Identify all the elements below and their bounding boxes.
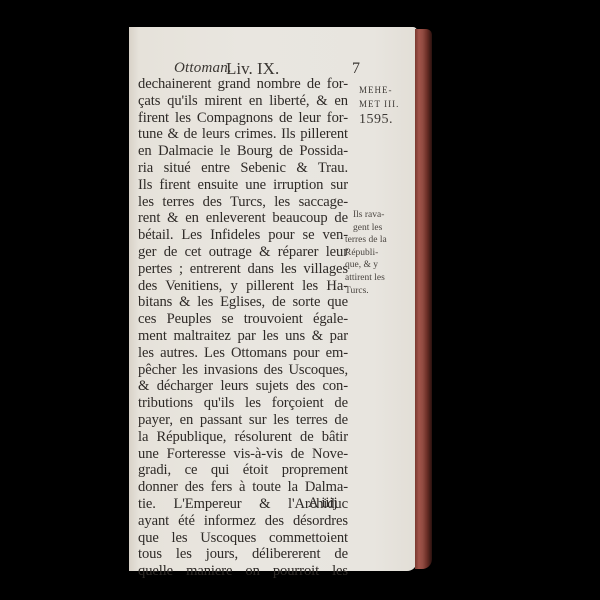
- note-line: que, & y: [345, 259, 407, 272]
- text-line: ayant été informez des désordres: [138, 513, 348, 530]
- note-line: Turcs.: [345, 285, 407, 298]
- text-line: tune & de leurs crimes. Ils pillerent: [138, 126, 348, 143]
- text-line: ces Peuples se trouvoient égale-: [138, 311, 348, 328]
- text-line: ment maltraitez par les uns & par: [138, 328, 348, 345]
- note-line: Républi-: [345, 247, 407, 260]
- text-line: tous les jours, délibererent de: [138, 546, 348, 563]
- text-line: bétail. Les Infideles pour se ven-: [138, 227, 348, 244]
- page-number: 7: [352, 60, 360, 78]
- text-line: ria situé entre Sebenic & Trau.: [138, 160, 348, 177]
- margin-note-reign: MEHE- MET III. 1595.: [359, 82, 405, 128]
- margin-note-summary: Ils rava- gent les terres de la Républi-…: [345, 209, 407, 297]
- text-line: la République, résolurent de bâtir: [138, 429, 348, 446]
- text-line: ger de cet outrage & réparer leur: [138, 244, 348, 261]
- text-line: les autres. Les Ottomans pour em-: [138, 345, 348, 362]
- note-line: attirent les: [345, 272, 407, 285]
- book: Ottoman. Liv. IX. 7 MEHE- MET III. 1595.…: [129, 27, 432, 573]
- text-line: & décharger leurs sujets des con-: [138, 378, 348, 395]
- running-head-title: Ottoman.: [174, 60, 232, 77]
- note-line: Ils rava-: [345, 209, 407, 222]
- text-line: que les Uscoques commettoient: [138, 530, 348, 547]
- margin-year: 1595.: [359, 111, 405, 128]
- text-line: payer, en passant sur les terres de: [138, 412, 348, 429]
- text-line: tributions qu'ils les forçoient de: [138, 395, 348, 412]
- text-line: firent les Compagnons de leur for-: [138, 110, 348, 127]
- text-line: bitans & les Eglises, de sorte que: [138, 294, 348, 311]
- text-line: des Venitiens, y pillerent les Ha-: [138, 278, 348, 295]
- text-line: çats qu'ils mirent en liberté, & en: [138, 93, 348, 110]
- text-line: rent & en enleverent beaucoup de: [138, 210, 348, 227]
- text-line: pêcher les invasions des Uscoques,: [138, 362, 348, 379]
- text-line: donner des fers à toute la Dalma-: [138, 479, 348, 496]
- text-line: pertes ; entrerent dans les villages: [138, 261, 348, 278]
- text-line: dechainerent grand nombre de for-: [138, 76, 348, 93]
- text-line: quelle maniere on pourroit les: [138, 563, 348, 580]
- text-line: en Dalmacie le Bourg de Possida-: [138, 143, 348, 160]
- note-line: terres de la: [345, 234, 407, 247]
- text-line: les terres des Turcs, les saccage-: [138, 194, 348, 211]
- signature-mark: A iiij: [308, 495, 338, 512]
- text-line: gradi, ce qui étoit proprement: [138, 462, 348, 479]
- book-page: Ottoman. Liv. IX. 7 MEHE- MET III. 1595.…: [129, 27, 417, 571]
- text-line: une Forteresse vis-à-vis de Nove-: [138, 446, 348, 463]
- note-line: gent les: [345, 222, 407, 235]
- text-line: Ils firent ensuite une irruption sur: [138, 177, 348, 194]
- page-edge: [415, 29, 432, 569]
